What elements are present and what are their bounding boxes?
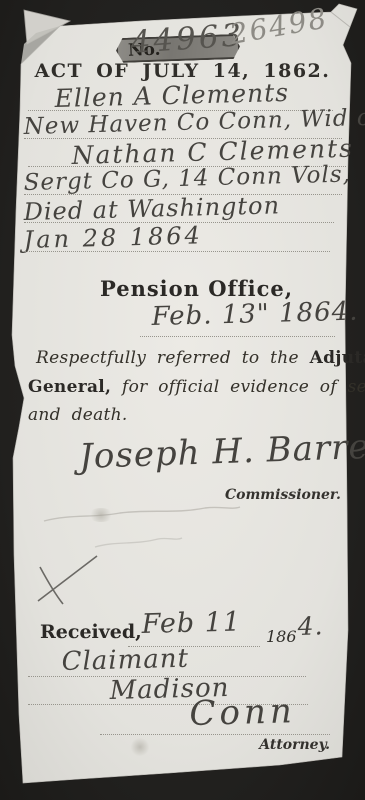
ruled-line <box>24 251 330 252</box>
referral-text-gothic: General, <box>28 377 111 397</box>
referral-text: and death. <box>28 405 128 425</box>
referral-line-2: General, for official evidence of servic… <box>28 377 365 397</box>
referral-text: for official evidence of service <box>122 377 365 397</box>
ruled-line <box>140 336 335 337</box>
referral-text: Respectfully referred to the <box>36 348 299 368</box>
pension-office-heading: Pension Office, <box>100 276 270 301</box>
document-photo: No. 44963 26498 ACT OF JULY 14, 1862. El… <box>0 0 365 800</box>
death-date: Jan 28 1864 <box>23 221 203 254</box>
ruled-line <box>100 734 330 735</box>
referral-line-1: Respectfully referred to the Adjutant <box>36 348 365 368</box>
claimant-designation: Claimant <box>61 644 189 677</box>
received-label: Received, <box>40 621 142 643</box>
paper-stain <box>88 508 114 522</box>
referral-text-gothic: Adjutant <box>310 348 365 368</box>
received-date-handwritten: Feb 11 <box>141 606 241 640</box>
received-year-printed: 186 <box>266 627 297 646</box>
received-year-digit: 4. <box>297 611 324 641</box>
attorney-label: Attorney. <box>240 737 330 753</box>
office-date-handwritten: Feb. 13" 1864. <box>151 297 359 332</box>
referral-line-3: and death. <box>28 405 128 425</box>
state-name: Conn <box>189 691 296 734</box>
commissioner-title: Commissioner. <box>225 487 330 503</box>
act-title: ACT OF JULY 14, 1862. <box>30 60 335 82</box>
paper-stain <box>130 738 150 756</box>
